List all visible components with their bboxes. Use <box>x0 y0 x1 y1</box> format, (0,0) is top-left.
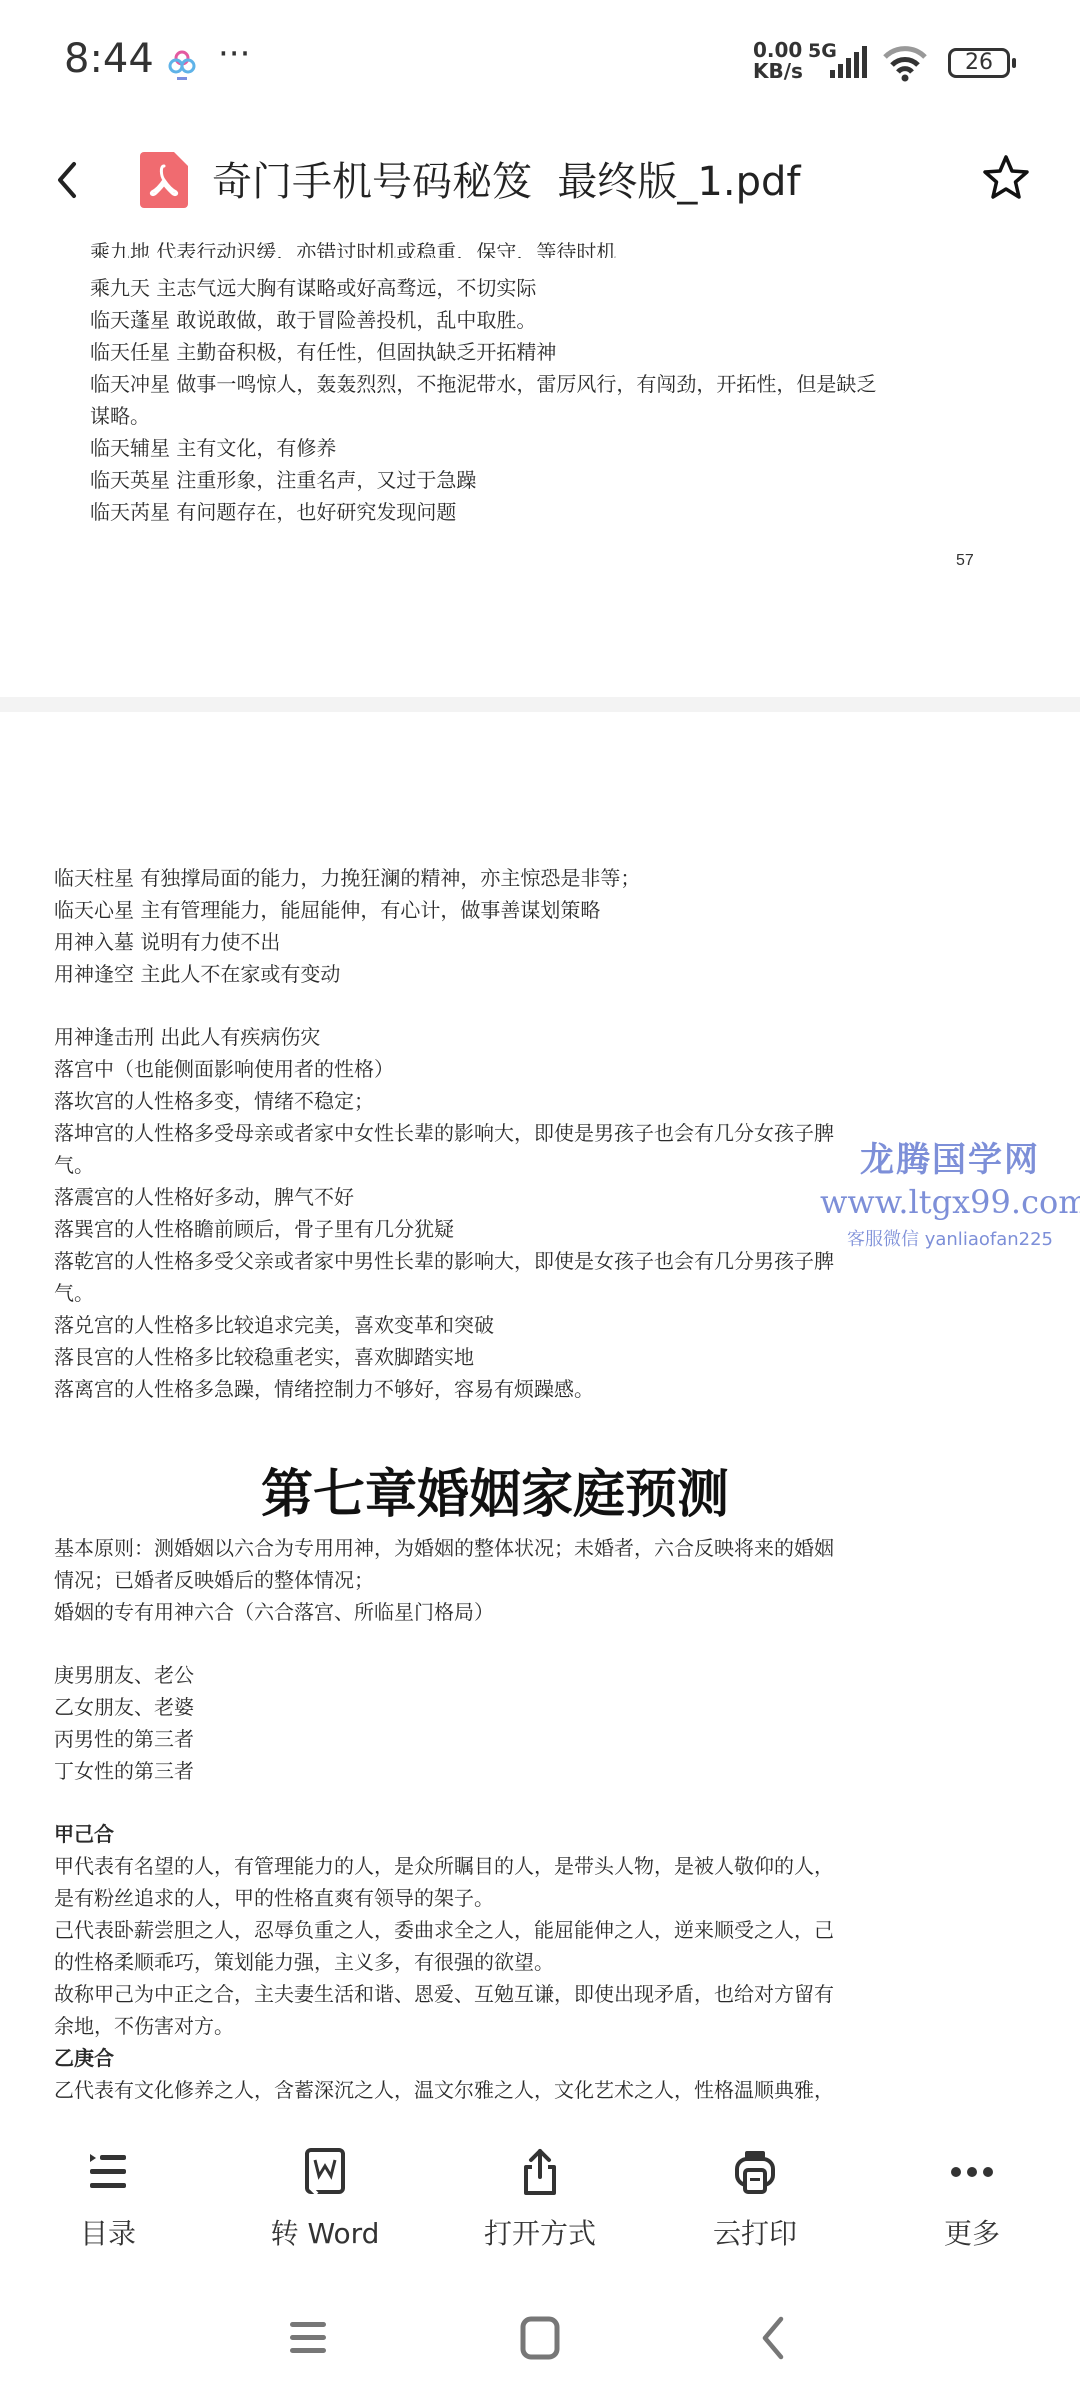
text-line: 情况；已婚者反映婚后的整体情况； <box>54 1564 374 1596</box>
home-button[interactable] <box>500 2308 580 2368</box>
text-line-partial: 乘九地 代表行动迟缓，亦错过时机或稳重，保守，等待时机 <box>90 236 616 258</box>
text-line: 落离宫的人性格多急躁，情绪控制力不够好，容易有烦躁感。 <box>54 1373 594 1405</box>
watermark-contact: 客服微信 yanliaofan225 <box>820 1225 1080 1251</box>
signal-icon <box>830 46 870 84</box>
page-separator <box>0 697 1080 712</box>
text-line: 乘九天 主志气远大胸有谋略或好高骛远，不切实际 <box>90 272 536 304</box>
cloud-print-button[interactable]: 云打印 <box>675 2142 835 2252</box>
home-icon <box>520 2316 560 2360</box>
cloud-print-label: 云打印 <box>675 2212 835 2252</box>
text-line: 落巽宫的人性格瞻前顾后，骨子里有几分犹疑 <box>54 1213 454 1245</box>
watermark-url: www.ltgx99.com <box>820 1183 1080 1221</box>
text-line: 临天蓬星 敢说敢做，敢于冒险善投机，乱中取胜。 <box>90 304 536 336</box>
nav-back-button[interactable] <box>732 2308 812 2368</box>
net-speed-unit: KB/s <box>753 61 803 82</box>
recents-button[interactable] <box>268 2308 348 2368</box>
text-line: 落坎宫的人性格多变，情绪不稳定； <box>54 1085 374 1117</box>
network-speed: 0.00 KB/s <box>753 40 803 82</box>
nav-back-icon <box>757 2316 787 2360</box>
wifi-icon <box>882 44 928 86</box>
convert-word-label: 转 Word <box>245 2212 405 2252</box>
watermark: 龙腾国学网 www.ltgx99.com 客服微信 yanliaofan225 <box>820 1132 1080 1251</box>
section-heading: 乙庚合 <box>54 2042 114 2074</box>
back-button[interactable] <box>46 150 86 210</box>
text-line: 乙女朋友、老婆 <box>54 1691 194 1723</box>
text-line: 临天心星 主有管理能力，能屈能伸，有心计，做事善谋划策略 <box>54 894 600 926</box>
text-line: 气。 <box>54 1149 94 1181</box>
status-time: 8:44 <box>64 36 154 82</box>
text-line: 临天辅星 主有文化，有修养 <box>90 432 336 464</box>
open-with-button[interactable]: 打开方式 <box>460 2142 620 2252</box>
bottom-toolbar: 目录 转 Word 打开方式 <box>0 2110 1080 2270</box>
more-button[interactable]: 更多 <box>892 2142 1052 2252</box>
text-line: 谋略。 <box>90 400 150 432</box>
star-icon <box>980 152 1032 204</box>
text-line: 用神入墓 说明有力使不出 <box>54 926 280 958</box>
text-line: 乙代表有文化修养之人，含蓄深沉之人，温文尔雅之人，文化艺术之人，性格温顺典雅， <box>54 2074 834 2106</box>
text-line: 落坤宫的人性格多受母亲或者家中女性长辈的影响大，即使是男孩子也会有几分女孩子脾 <box>54 1117 834 1149</box>
battery-indicator: 26 <box>948 48 1010 78</box>
net-speed-value: 0.00 <box>753 40 803 61</box>
section-heading: 甲己合 <box>54 1818 114 1850</box>
toc-icon <box>28 2142 188 2202</box>
favorite-button[interactable] <box>980 152 1032 204</box>
app-notification-icon <box>166 48 198 82</box>
text-line: 故称甲己为中正之合，主夫妻生活和谐、恩爱、互勉互谦，即使出现矛盾，也给对方留有 <box>54 1978 834 2010</box>
document-title: 奇门手机号码秘笈 最终版_1.pdf <box>212 150 800 207</box>
text-line: 庚男朋友、老公 <box>54 1659 194 1691</box>
text-line: 落宫中（也能侧面影响使用者的性格） <box>54 1053 394 1085</box>
text-line: 临天柱星 有独撑局面的能力，力挽狂澜的精神，亦主惊恐是非等； <box>54 862 640 894</box>
text-line: 丁女性的第三者 <box>54 1755 194 1787</box>
chapter-title: 第七章婚姻家庭预测 <box>0 1452 990 1527</box>
back-icon <box>46 150 86 210</box>
text-line: 临天冲星 做事一鸣惊人，轰轰烈烈，不拖泥带水，雷厉风行，有闯劲，开拓性，但是缺乏 <box>90 368 876 400</box>
printer-icon <box>675 2142 835 2202</box>
system-navigation-bar <box>0 2280 1080 2400</box>
menu-icon <box>288 2318 328 2358</box>
text-line: 临天英星 注重形象，注重名声，又过于急躁 <box>90 464 476 496</box>
page-number: 57 <box>956 552 974 570</box>
text-line: 临天芮星 有问题存在，也好研究发现问题 <box>90 496 456 528</box>
text-line: 丙男性的第三者 <box>54 1723 194 1755</box>
text-line: 用神逢击刑 出此人有疾病伤灾 <box>54 1021 320 1053</box>
text-line: 用神逢空 主此人不在家或有变动 <box>54 958 340 990</box>
convert-word-icon <box>245 2142 405 2202</box>
toc-label: 目录 <box>28 2212 188 2252</box>
text-line: 落乾宫的人性格多受父亲或者家中男性长辈的影响大，即使是女孩子也会有几分男孩子脾 <box>54 1245 834 1277</box>
convert-word-button[interactable]: 转 Word <box>245 2142 405 2252</box>
text-line: 落艮宫的人性格多比较稳重老实，喜欢脚踏实地 <box>54 1341 474 1373</box>
watermark-name: 龙腾国学网 <box>820 1132 1080 1181</box>
more-notifications-icon: ··· <box>218 34 250 74</box>
text-line: 婚姻的专有用神六合（六合落宫、所临星门格局） <box>54 1596 494 1628</box>
text-line: 是有粉丝追求的人，甲的性格直爽有领导的架子。 <box>54 1882 494 1914</box>
text-line: 的性格柔顺乖巧，策划能力强，主义多，有很强的欲望。 <box>54 1946 554 1978</box>
text-line: 基本原则：测婚姻以六合为专用用神，为婚姻的整体状况；未婚者，六合反映将来的婚姻 <box>54 1532 834 1564</box>
text-line: 己代表卧薪尝胆之人，忍辱负重之人，委曲求全之人，能屈能伸之人，逆来顺受之人，己 <box>54 1914 834 1946</box>
more-icon <box>892 2142 1052 2202</box>
open-with-label: 打开方式 <box>460 2212 620 2252</box>
text-line: 落震宫的人性格好多动，脾气不好 <box>54 1181 354 1213</box>
text-line: 气。 <box>54 1277 94 1309</box>
more-label: 更多 <box>892 2212 1052 2252</box>
share-open-icon <box>460 2142 620 2202</box>
pdf-file-icon <box>140 152 188 208</box>
text-line: 临天任星 主勤奋积极，有任性，但固执缺乏开拓精神 <box>90 336 556 368</box>
text-line: 落兑宫的人性格多比较追求完美，喜欢变革和突破 <box>54 1309 494 1341</box>
toc-button[interactable]: 目录 <box>28 2142 188 2252</box>
text-line: 甲代表有名望的人，有管理能力的人，是众所瞩目的人，是带头人物，是被人敬仰的人， <box>54 1850 834 1882</box>
text-line: 余地，不伤害对方。 <box>54 2010 234 2042</box>
